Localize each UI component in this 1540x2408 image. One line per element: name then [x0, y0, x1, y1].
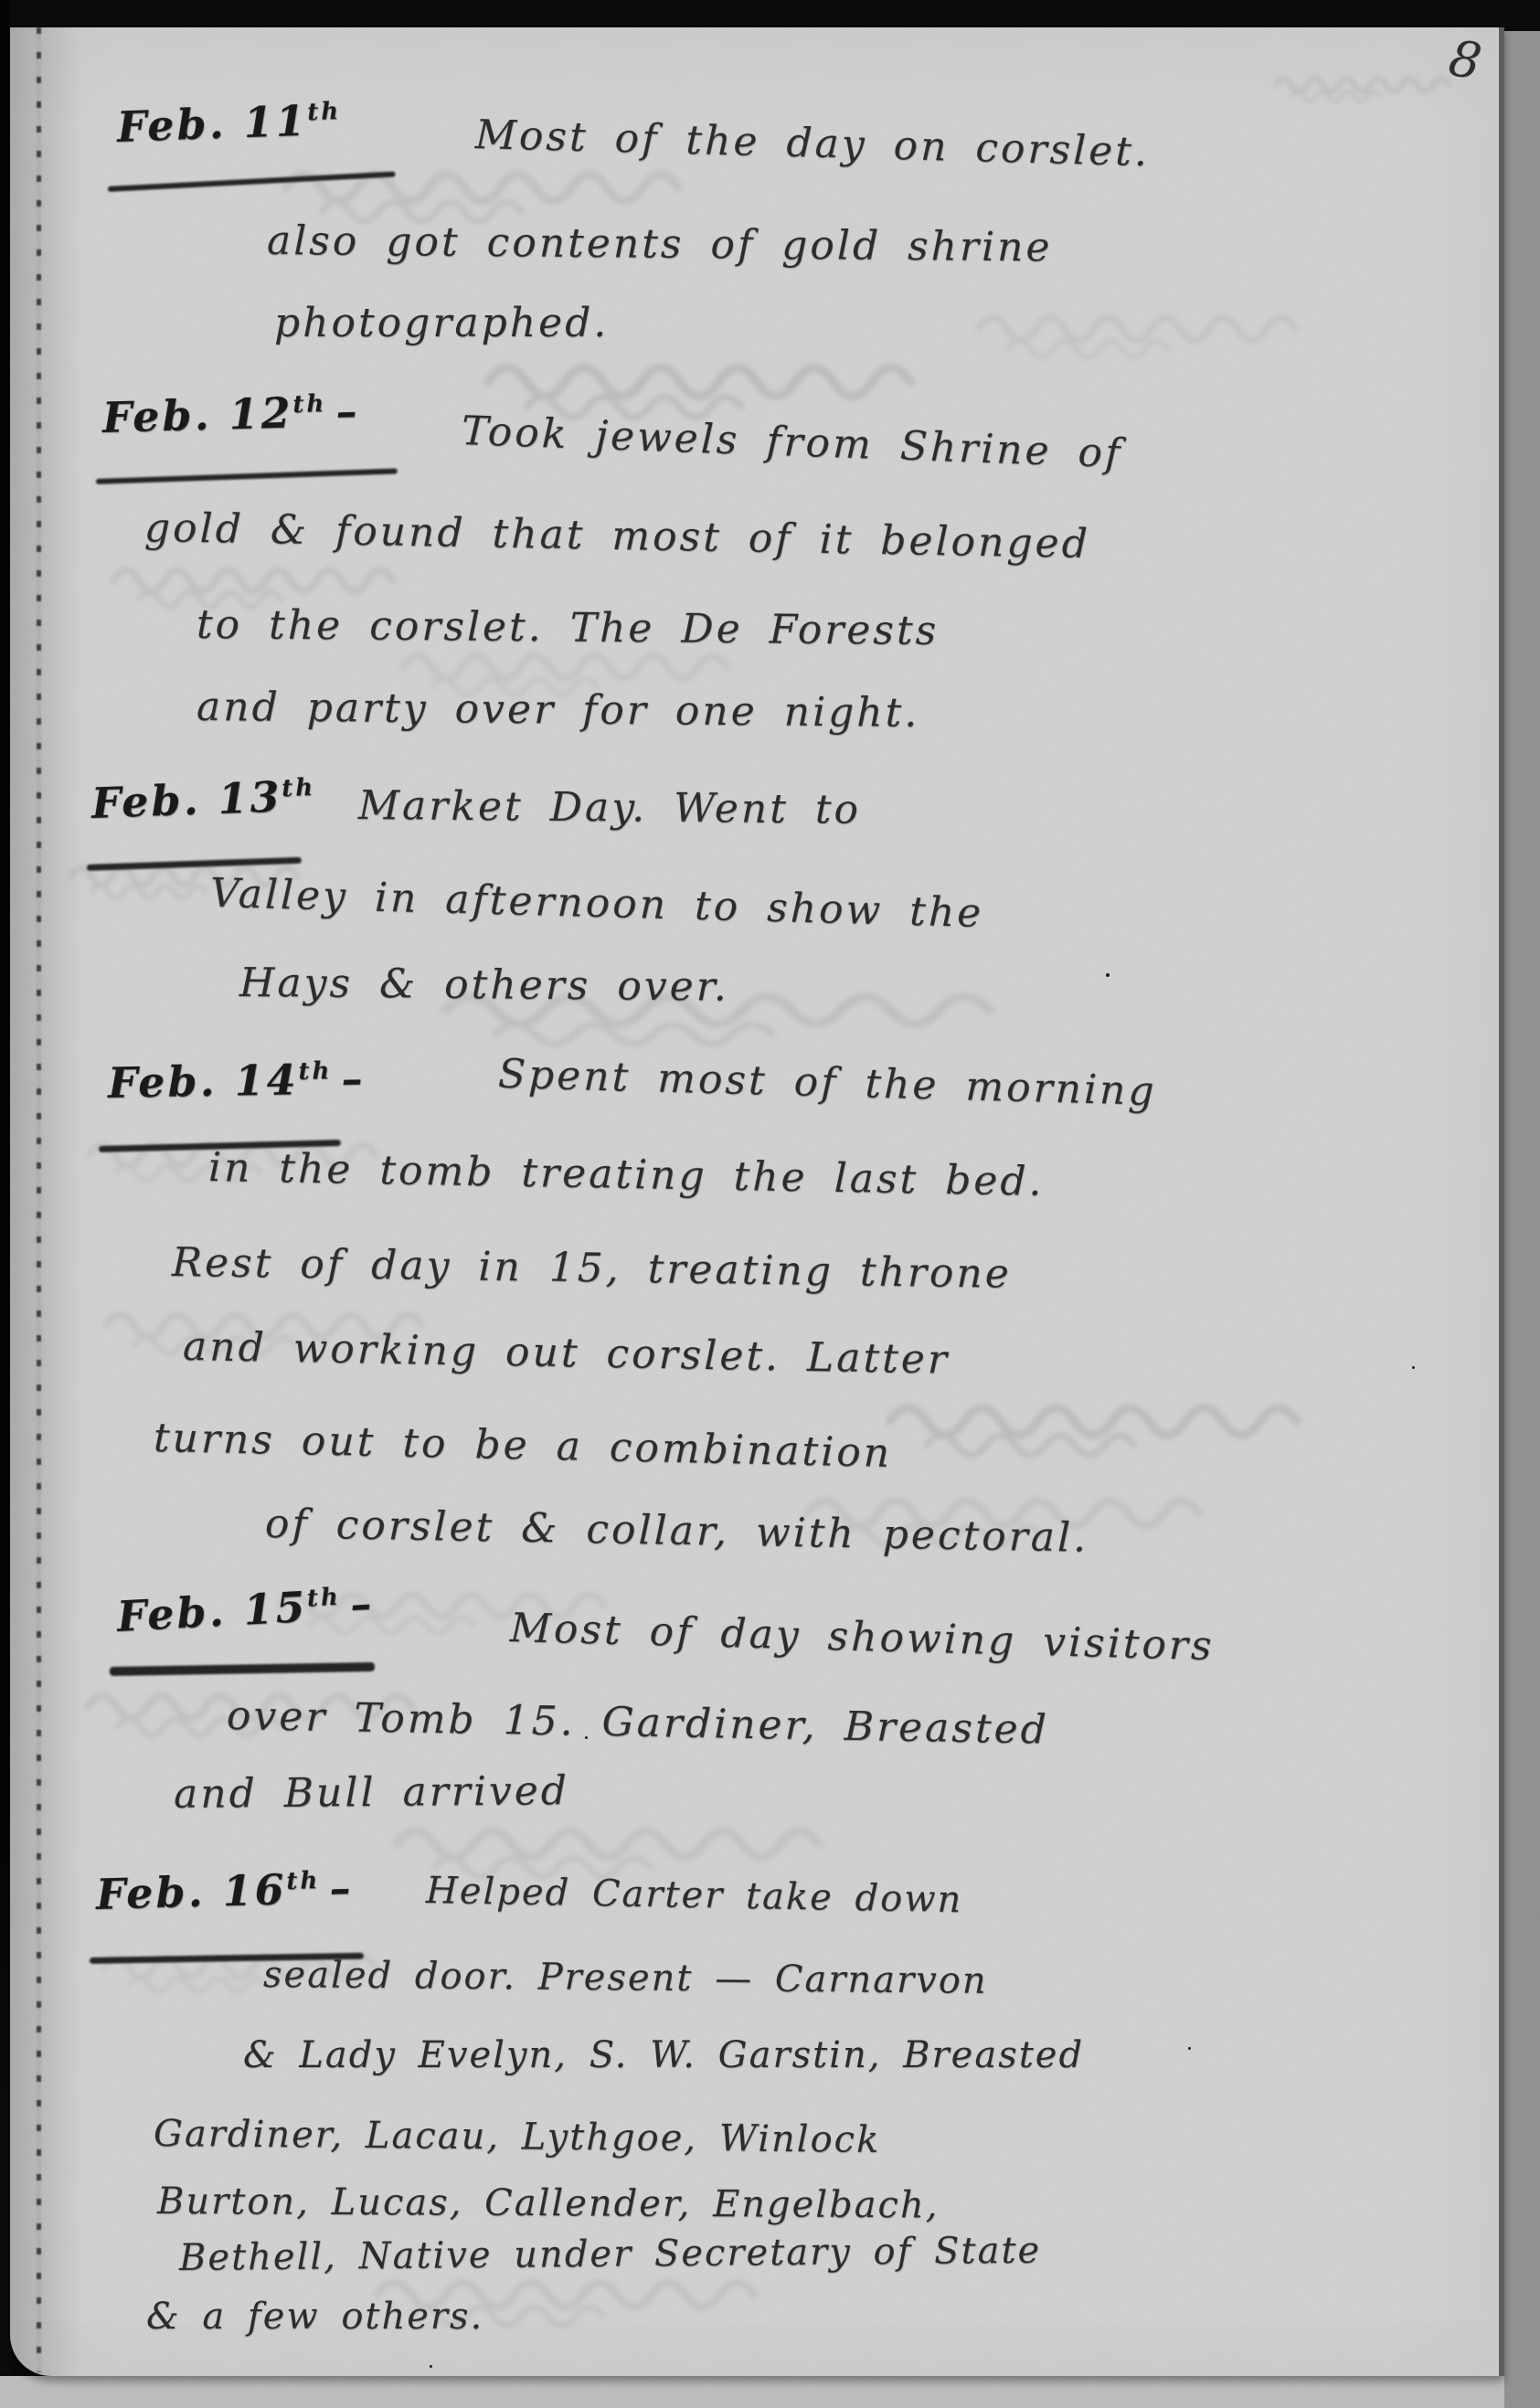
- entry-line: Burton, Lucas, Callender, Engelbach,: [157, 2180, 940, 2226]
- entry-line: to the corslet. The De Forests: [196, 601, 940, 654]
- date-text: Feb. 11: [116, 96, 308, 152]
- binding-stitches: [37, 27, 41, 2372]
- dust-speck: [585, 1736, 588, 1739]
- date-text: Feb. 14: [108, 1055, 300, 1108]
- entry-line: sealed door. Present — Carnarvon: [263, 1954, 988, 2002]
- date-ordinal: th: [286, 1867, 321, 1895]
- scan-mat-bottom: [0, 2376, 1504, 2408]
- entry-feb-11-date: Feb. 11th: [116, 94, 351, 152]
- date-dash: –: [341, 1054, 366, 1103]
- date-text: Feb. 13: [90, 772, 282, 828]
- ghost-writing-smudge: [877, 1378, 1371, 1465]
- entry-line: also got contents of gold shrine: [267, 217, 1053, 271]
- entry-line: & a few others.: [146, 2296, 483, 2338]
- date-text: Feb. 16: [95, 1865, 287, 1919]
- date-text: Feb. 15: [116, 1582, 309, 1641]
- ghost-writing-smudge: [969, 292, 1353, 366]
- entry-feb-13-date: Feb. 13th: [90, 770, 325, 828]
- date-dash: –: [329, 1863, 354, 1914]
- date-dash: –: [335, 387, 360, 437]
- dust-speck: [430, 2365, 432, 2368]
- binding-shadow: [10, 27, 83, 2376]
- entry-line: photographed.: [274, 300, 609, 346]
- entry-line: and Bull arrived: [174, 1767, 569, 1818]
- date-text: Feb. 12: [101, 388, 293, 442]
- entry-line: Hays & others over.: [239, 960, 729, 1011]
- entry-feb-12-date: Feb. 12th–: [101, 387, 360, 442]
- date-dash: –: [349, 1578, 376, 1628]
- scan-border-left: [0, 0, 10, 2102]
- date-ordinal: th: [306, 1584, 341, 1613]
- entry-feb-14-date: Feb. 14th–: [108, 1054, 366, 1108]
- entry-feb-16-date: Feb. 16th–: [95, 1863, 354, 1919]
- entry-line: and party over for one night.: [196, 684, 920, 737]
- entry-line: Gardiner, Lacau, Lythgoe, Winlock: [154, 2113, 881, 2161]
- entry-line: & Lady Evelyn, S. W. Garstin, Breasted: [243, 2034, 1084, 2076]
- dust-speck: [1188, 2047, 1191, 2050]
- date-ordinal: th: [298, 1057, 332, 1086]
- date-ordinal: th: [292, 390, 327, 419]
- date-ordinal: th: [307, 98, 342, 126]
- dust-speck: [1412, 1366, 1415, 1369]
- scan-mat-right: [1504, 31, 1540, 2408]
- date-ordinal: th: [281, 774, 316, 802]
- entry-line: Market Day. Went to: [358, 782, 861, 833]
- dust-speck: [1106, 973, 1110, 977]
- entry-line: Bethell, Native under Secretary of State: [179, 2230, 1042, 2279]
